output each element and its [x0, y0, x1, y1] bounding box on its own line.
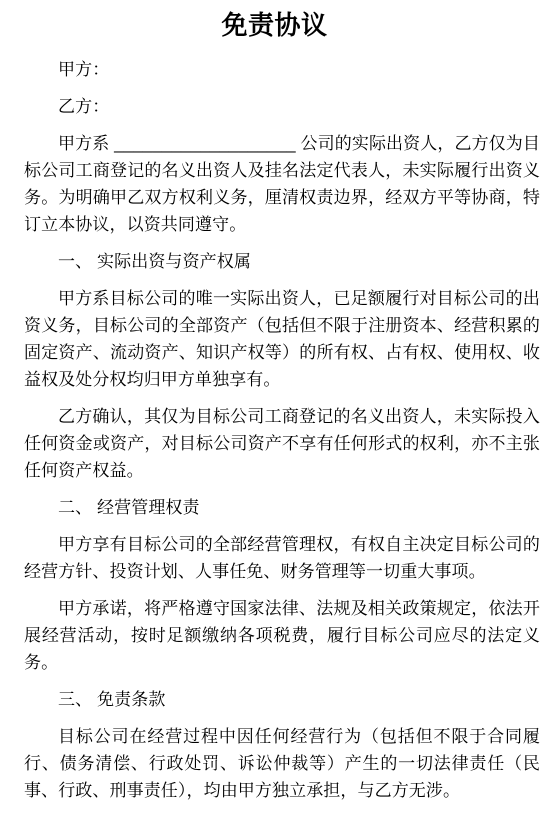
- section-3-paragraph-1: 目标公司在经营过程中因任何经营行为（包括但不限于合同履行、债务清偿、行政处罚、诉…: [24, 723, 540, 804]
- intro-paragraph: 甲方系 ___________________ 公司的实际出资人，乙方仅为目标公…: [24, 130, 540, 238]
- document-page: 免责协议 甲方： 乙方： 甲方系 ___________________ 公司的…: [0, 0, 549, 804]
- section-2-heading: 二、 经营管理权责: [24, 494, 540, 521]
- section-3-heading: 三、 免责条款: [24, 686, 540, 713]
- party-b-line: 乙方：: [24, 93, 540, 120]
- section-2-paragraph-1: 甲方享有目标公司的全部经营管理权，有权自主决定目标公司的经营方针、投资计划、人事…: [24, 531, 540, 585]
- section-1-paragraph-1: 甲方系目标公司的唯一实际出资人，已足额履行对目标公司的出资义务，目标公司的全部资…: [24, 285, 540, 393]
- section-1-paragraph-2: 乙方确认，其仅为目标公司工商登记的名义出资人，未实际投入任何资金或资产，对目标公…: [24, 403, 540, 484]
- section-2-paragraph-2: 甲方承诺，将严格遵守国家法律、法规及相关政策规定，依法开展经营活动，按时足额缴纳…: [24, 595, 540, 676]
- party-a-line: 甲方：: [24, 56, 540, 83]
- document-title: 免责协议: [0, 8, 549, 42]
- section-1-heading: 一、 实际出资与资产权属: [24, 248, 540, 275]
